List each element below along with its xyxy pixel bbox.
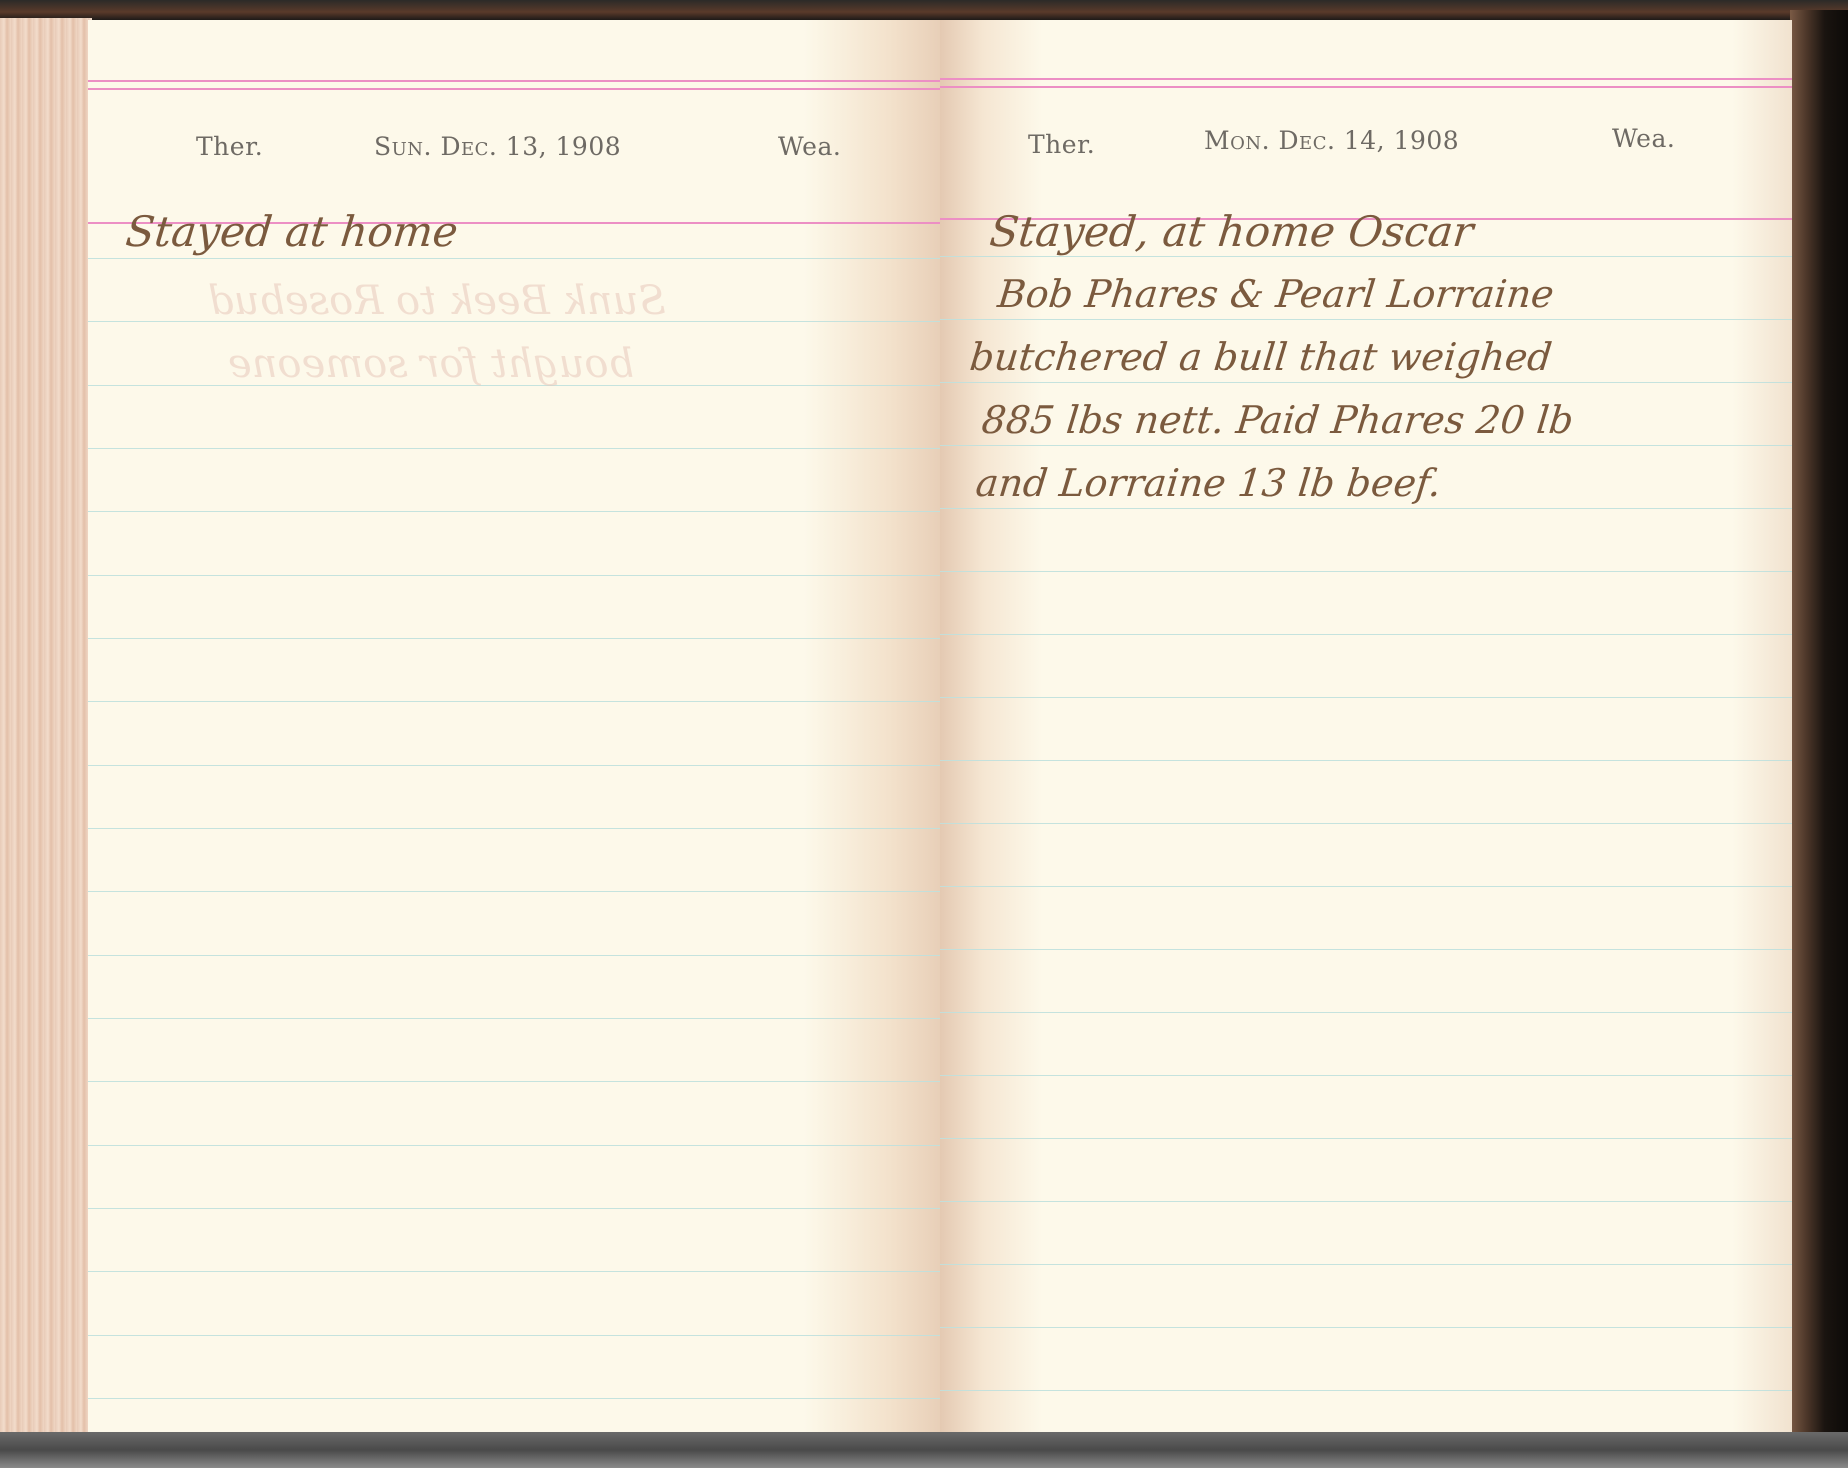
bleed-through-text: bought for someone	[228, 333, 634, 396]
ruled-line	[88, 638, 940, 639]
handwritten-entry-line-4: 885 lbs nett. Paid Phares 20 lb	[979, 389, 1577, 452]
date-day: Sun.	[374, 132, 432, 161]
ruled-line	[940, 697, 1792, 698]
ruled-line	[88, 1398, 940, 1399]
ruled-line	[940, 1138, 1792, 1139]
ruled-line	[940, 1012, 1792, 1013]
book-cover-top	[0, 0, 1848, 20]
ruled-line	[88, 511, 940, 512]
ruled-line	[88, 1081, 940, 1082]
header-rule-top-2	[88, 88, 940, 90]
page-date: Sun. Dec. 13, 1908	[374, 132, 621, 161]
header-rule-top-2	[940, 86, 1792, 88]
book-cover-right	[1790, 10, 1848, 1450]
ruled-line	[940, 1075, 1792, 1076]
ruled-line	[88, 448, 940, 449]
ruled-line	[940, 823, 1792, 824]
ruled-line	[88, 1208, 940, 1209]
right-page: Ther. Mon. Dec. 14, 1908 Wea. Stayed, at…	[940, 20, 1792, 1434]
ruled-line	[940, 1327, 1792, 1328]
ruled-line	[88, 575, 940, 576]
ruled-line	[88, 701, 940, 702]
header-rule-top	[940, 78, 1792, 80]
date-day: Mon.	[1204, 126, 1270, 155]
handwritten-entry: Stayed at home	[123, 200, 461, 263]
ruled-line	[88, 1271, 940, 1272]
handwritten-entry-line-2: Bob Phares & Pearl Lorraine	[995, 263, 1557, 326]
ruled-line	[88, 1335, 940, 1336]
ruled-line	[940, 1264, 1792, 1265]
ruled-line	[940, 634, 1792, 635]
date-rest: Dec. 13, 1908	[440, 132, 621, 161]
date-rest: Dec. 14, 1908	[1279, 126, 1460, 155]
ruled-line	[88, 828, 940, 829]
header-rule-top	[88, 80, 940, 82]
diary-photo: Ther. Sun. Dec. 13, 1908 Wea. Sunk Beek …	[0, 0, 1848, 1468]
handwritten-entry-line-3: butchered a bull that weighed	[967, 326, 1555, 389]
ruled-line	[88, 891, 940, 892]
bleed-through-text: Sunk Beek to Rosebud	[208, 270, 666, 333]
left-page: Ther. Sun. Dec. 13, 1908 Wea. Sunk Beek …	[88, 20, 940, 1434]
handwritten-entry-line-5: and Lorraine 13 lb beef.	[973, 452, 1445, 515]
ruled-line	[88, 1145, 940, 1146]
ruled-line	[940, 886, 1792, 887]
wea-label: Wea.	[778, 132, 841, 161]
ther-label: Ther.	[1028, 130, 1095, 159]
ruled-line	[88, 955, 940, 956]
page-date: Mon. Dec. 14, 1908	[1204, 126, 1459, 155]
ruled-line	[940, 949, 1792, 950]
ruled-line	[88, 765, 940, 766]
ruled-line	[88, 1018, 940, 1019]
ruled-line	[940, 1201, 1792, 1202]
ther-label: Ther.	[196, 132, 263, 161]
ruled-line	[940, 760, 1792, 761]
handwritten-entry-line-1: Stayed, at home Oscar	[987, 200, 1477, 263]
page-edges-stack	[0, 18, 92, 1438]
ruled-line	[940, 571, 1792, 572]
ruled-line	[940, 1390, 1792, 1391]
wea-label: Wea.	[1612, 124, 1675, 153]
book-cover-bottom	[0, 1432, 1848, 1468]
